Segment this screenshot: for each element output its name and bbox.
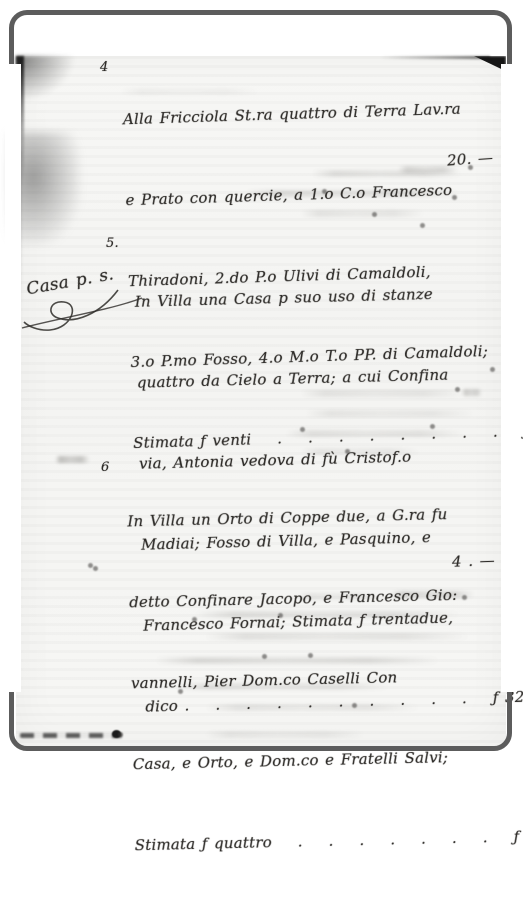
frame-gap-left	[5, 64, 21, 692]
frame-gap-right	[501, 64, 517, 692]
scan-frame	[9, 10, 512, 751]
manuscript-scan: 4 Alla Fricciola St.ra quattro di Terra …	[0, 0, 523, 760]
